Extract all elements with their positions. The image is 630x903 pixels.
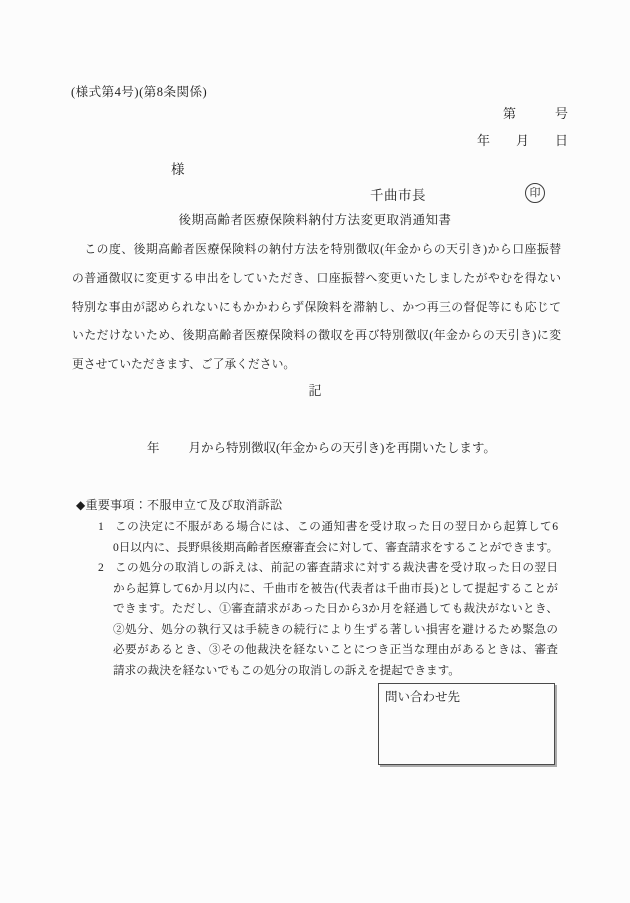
date-month-blank <box>529 142 555 143</box>
date-month-label: 月 <box>516 133 529 148</box>
restart-year-label: 年 <box>147 441 160 455</box>
list-item-text: 請求の裁決を経ないでもこの処分の取消しの訴えを提起できます。 <box>113 661 558 682</box>
list-item-number: 1 <box>98 517 104 538</box>
important-items-list: 1 この決定に不服がある場合には、この通知書を受け取った日の翌日から起算して6 … <box>98 517 558 681</box>
body-line: の普通徴収に変更する申出をしていただき、口座振替へ変更いたしましたがやむを得ない <box>72 264 561 293</box>
restart-month-blank <box>160 449 189 450</box>
list-item-text: から起算して6か月以内に、千曲市を被告(代表者は千曲市長)として提起することが <box>113 579 558 600</box>
list-item-line: 必要があるとき、③その他裁決を経ないことにつき正当な理由があるときは、審査 <box>98 640 558 661</box>
notice-document-page: (様式第4号)(第8条関係) 第号 年月日 様 千曲市長 印 後期高齢者医療保険… <box>0 0 630 903</box>
sender-name: 千曲市長 <box>370 184 426 204</box>
list-item-line: ②処分、処分の執行又は手続きの続行により生ずる著しい損害を避けるため緊急の <box>98 620 558 641</box>
list-item-text: 0日以内に、長野県後期高齢者医療審査会に対して、審査請求をすることができます。 <box>113 538 558 559</box>
body-line: この度、後期高齢者医療保険料の納付方法を特別徴収(年金からの天引き)から口座振替 <box>72 235 561 264</box>
document-title: 後期高齢者医療保険料納付方法変更取消通知書 <box>0 210 630 228</box>
official-seal-icon: 印 <box>525 183 545 203</box>
list-item-line: 0日以内に、長野県後期高齢者医療審査会に対して、審査請求をすることができます。 <box>98 538 558 559</box>
list-item-number: 2 <box>98 558 104 579</box>
restart-text: 月から特別徴収(年金からの天引き)を再開いたします。 <box>189 441 496 455</box>
list-item-line: から起算して6か月以内に、千曲市を被告(代表者は千曲市長)として提起することが <box>98 579 558 600</box>
record-marker: 記 <box>0 380 630 399</box>
restart-notice-line: 年月から特別徴収(年金からの天引き)を再開いたします。 <box>147 438 496 456</box>
doc-number-suffix: 号 <box>555 106 568 121</box>
doc-number-line: 第号 <box>503 103 568 122</box>
date-year-label: 年 <box>477 133 490 148</box>
date-line: 年月日 <box>477 130 568 149</box>
date-year-blank <box>490 142 516 143</box>
body-line: 更させていただきます、ご了承ください。 <box>72 350 561 379</box>
list-item-text: この決定に不服がある場合には、この通知書を受け取った日の翌日から起算して6 <box>115 517 558 538</box>
inquiry-contact-box: 問い合わせ先 <box>378 683 555 765</box>
list-item-line: 請求の裁決を経ないでもこの処分の取消しの訴えを提起できます。 <box>98 661 558 682</box>
body-line: 特別な事由が認められないにもかかわらず保険料を滞納し、かつ再三の督促等にも応じて <box>72 293 561 322</box>
list-item-text: ②処分、処分の執行又は手続きの続行により生ずる著しい損害を避けるため緊急の <box>113 620 558 641</box>
body-line: いただけないため、後期高齢者医療保険料の徴収を再び特別徴収(年金からの天引き)に… <box>72 321 561 350</box>
form-reference: (様式第4号)(第8条関係) <box>71 82 207 100</box>
addressee-suffix: 様 <box>171 158 185 178</box>
list-item-line: 2 この処分の取消しの訴えは、前記の審査請求に対する裁決書を受け取った日の翌日 <box>98 558 558 579</box>
body-paragraph: この度、後期高齢者医療保険料の納付方法を特別徴収(年金からの天引き)から口座振替… <box>72 235 561 379</box>
doc-number-prefix: 第 <box>503 106 516 121</box>
inquiry-contact-label: 問い合わせ先 <box>385 690 460 704</box>
important-items-heading: ◆重要事項：不服申立て及び取消訴訟 <box>76 496 282 513</box>
doc-number-blank <box>516 115 555 116</box>
list-item-line: 1 この決定に不服がある場合には、この通知書を受け取った日の翌日から起算して6 <box>98 517 558 538</box>
list-item-text: この処分の取消しの訴えは、前記の審査請求に対する裁決書を受け取った日の翌日 <box>115 558 558 579</box>
list-item-text: 必要があるとき、③その他裁決を経ないことにつき正当な理由があるときは、審査 <box>113 640 558 661</box>
list-item-text: できます。ただし、①審査請求があった日から3か月を経過しても裁決がないとき、 <box>113 599 558 620</box>
date-day-label: 日 <box>555 133 568 148</box>
list-item-line: できます。ただし、①審査請求があった日から3か月を経過しても裁決がないとき、 <box>98 599 558 620</box>
